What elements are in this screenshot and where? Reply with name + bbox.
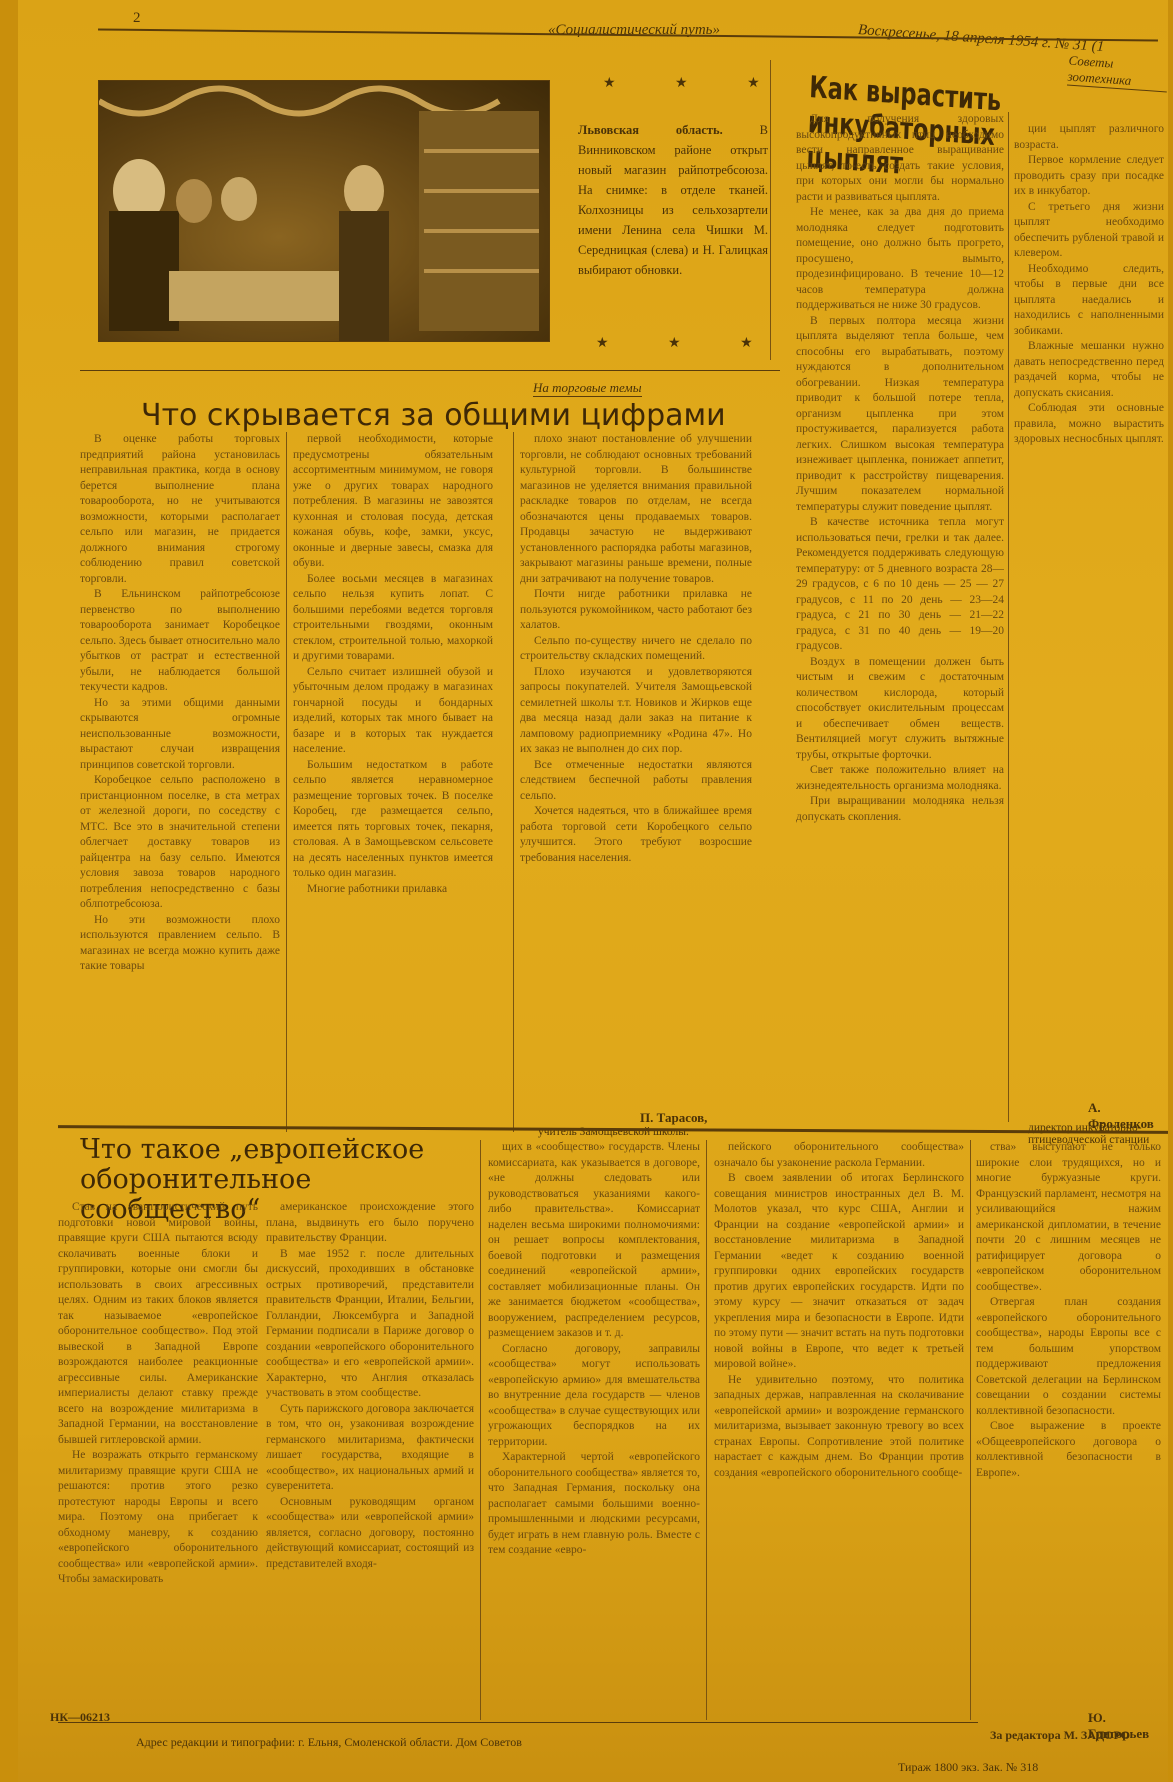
paragraph: Первое кормление следует проводить сразу… bbox=[1014, 153, 1164, 200]
author-figures: П. Тарасов, bbox=[640, 1110, 707, 1126]
paragraph: В качестве источника тепла могут использ… bbox=[796, 515, 1004, 655]
divider bbox=[1008, 112, 1009, 1122]
footer-code: НК—06213 bbox=[50, 1710, 110, 1725]
paragraph: В первых полтора месяца жизни цыплята вы… bbox=[796, 314, 1004, 516]
page-number: 2 bbox=[133, 10, 141, 27]
news-photo bbox=[98, 80, 550, 342]
paragraph: С третьего дня жизни цыплят необходимо о… bbox=[1014, 200, 1164, 262]
caption-region: Львовская область. bbox=[578, 123, 723, 137]
paragraph: пейского оборонительного сообщества» озн… bbox=[714, 1140, 964, 1171]
figures-column-1: В оценке работы торговых предприятий рай… bbox=[80, 432, 280, 1127]
divider bbox=[770, 60, 771, 360]
paragraph: В оценке работы торговых предприятий рай… bbox=[80, 432, 280, 587]
paragraph: Коробецкое сельпо расположено в пристанц… bbox=[80, 773, 280, 913]
paragraph: Согласно договору, заправилы «сообщества… bbox=[488, 1342, 700, 1451]
paragraph: В Ельнинском райпотребсоюзе первенство п… bbox=[80, 587, 280, 696]
paragraph: Отвергая план создания «европейского обо… bbox=[976, 1295, 1161, 1419]
paragraph: В своем заявлении об итогах Берлинского … bbox=[714, 1171, 964, 1373]
paragraph: Не менее, как за два дня до приема молод… bbox=[796, 205, 1004, 314]
footer-circulation: Тираж 1800 экз. Зак. № 318 bbox=[898, 1760, 1038, 1775]
photo-illustration bbox=[99, 81, 549, 341]
paragraph: Почти нигде работники прилавка не пользу… bbox=[520, 587, 752, 634]
paragraph: В мае 1952 г. после длительных дискуссий… bbox=[266, 1247, 474, 1402]
paragraph: Свет также положительно влияет на жизнед… bbox=[796, 763, 1004, 794]
paragraph: щих в «сообщество» государств. Члены ком… bbox=[488, 1140, 700, 1342]
paragraph: Но эти возможности плохо используются пр… bbox=[80, 913, 280, 975]
divider bbox=[513, 432, 514, 1132]
paragraph: Необходимо следить, чтобы в первые дни в… bbox=[1014, 262, 1164, 340]
paragraph: Но за этими общими данными скрываются ог… bbox=[80, 696, 280, 774]
paragraph: Сельпо по-существу ничего не сделало по … bbox=[520, 634, 752, 665]
divider bbox=[286, 432, 287, 1132]
stars-top: ★ ★ ★ bbox=[603, 75, 788, 92]
paragraph: Став на авантюристический путь подготовк… bbox=[58, 1200, 258, 1448]
figures-column-3: плохо знают постановление об улучшении т… bbox=[520, 432, 752, 1087]
europe-column-2: американское происхождение этого плана, … bbox=[266, 1200, 474, 1695]
paragraph: американское происхождение этого плана, … bbox=[266, 1200, 474, 1247]
paragraph: Основным руководящим органом «сообщества… bbox=[266, 1495, 474, 1573]
paragraph: Влажные мешанки нужно давать непосредств… bbox=[1014, 339, 1164, 401]
paragraph: Характерной чертой «европейского оборони… bbox=[488, 1450, 700, 1559]
paragraph: Все отмеченные недостатки являются следс… bbox=[520, 758, 752, 805]
europe-column-3: щих в «сообщество» государств. Члены ком… bbox=[488, 1140, 700, 1715]
europe-column-5: ства» выступают не только широкие слои т… bbox=[976, 1140, 1161, 1700]
caption-text: В Винниковском районе открыт новый магаз… bbox=[578, 123, 768, 277]
chicks-column-1: Для получения здоровых высокопродуктивны… bbox=[796, 112, 1004, 1092]
paragraph: Хочется надеяться, что в ближайшее время… bbox=[520, 804, 752, 866]
europe-column-1: Став на авантюристический путь подготовк… bbox=[58, 1200, 258, 1695]
paragraph: ции цыплят различного возраста. bbox=[1014, 122, 1164, 153]
paragraph: Соблюдая эти основные правила, можно выр… bbox=[1014, 401, 1164, 448]
paragraph: Для получения здоровых высокопродуктивны… bbox=[796, 112, 1004, 205]
photo-caption: Львовская область. В Винниковском районе… bbox=[578, 120, 768, 280]
paragraph: Не удивительно поэтому, что политика зап… bbox=[714, 1373, 964, 1482]
paragraph: При выращивании молодняка нельзя допуска… bbox=[796, 794, 1004, 825]
chicks-column-2: ции цыплят различного возраста. Первое к… bbox=[1014, 122, 1164, 1082]
footer-address: Адрес редакции и типографии: г. Ельня, С… bbox=[136, 1735, 522, 1750]
figures-column-2: первой необходимости, которые предусмотр… bbox=[293, 432, 493, 1127]
paragraph: ства» выступают не только широкие слои т… bbox=[976, 1140, 1161, 1295]
newspaper-page: 2 «Социалистический путь» Воскресенье, 1… bbox=[18, 0, 1168, 1782]
paragraph: Многие работники прилавка bbox=[293, 882, 493, 898]
rubric-chicks: Советы зоотехника bbox=[1067, 53, 1169, 93]
paragraph: Суть парижского договора заключается в т… bbox=[266, 1402, 474, 1495]
headline-figures: Что скрывается за общими цифрами bbox=[141, 398, 726, 433]
paragraph: Не возражать открыто германскому милитар… bbox=[58, 1448, 258, 1588]
paragraph: Плохо изучаются и удовлетворяются запрос… bbox=[520, 665, 752, 758]
paragraph: Свое выражение в проекте «Общеевропейско… bbox=[976, 1419, 1161, 1481]
divider bbox=[706, 1140, 707, 1720]
paragraph: Большим недостатком в работе сельпо явля… bbox=[293, 758, 493, 882]
paragraph: Воздух в помещении должен быть чистым и … bbox=[796, 655, 1004, 764]
footer-editor: За редактора М. ЗАДОРО bbox=[990, 1728, 1130, 1743]
paragraph: Сельпо считает излишней обузой и убыточн… bbox=[293, 665, 493, 758]
paragraph: плохо знают постановление об улучшении т… bbox=[520, 432, 752, 587]
divider bbox=[58, 1722, 978, 1723]
europe-column-4: пейского оборонительного сообщества» озн… bbox=[714, 1140, 964, 1720]
paragraph: первой необходимости, которые предусмотр… bbox=[293, 432, 493, 572]
divider bbox=[480, 1140, 481, 1720]
rubric-figures: На торговые темы bbox=[533, 380, 642, 397]
divider bbox=[80, 370, 780, 371]
stars-bottom: ★ ★ ★ bbox=[596, 335, 781, 352]
paragraph: Более восьми месяцев в магазинах сельпо … bbox=[293, 572, 493, 665]
divider bbox=[970, 1140, 971, 1720]
